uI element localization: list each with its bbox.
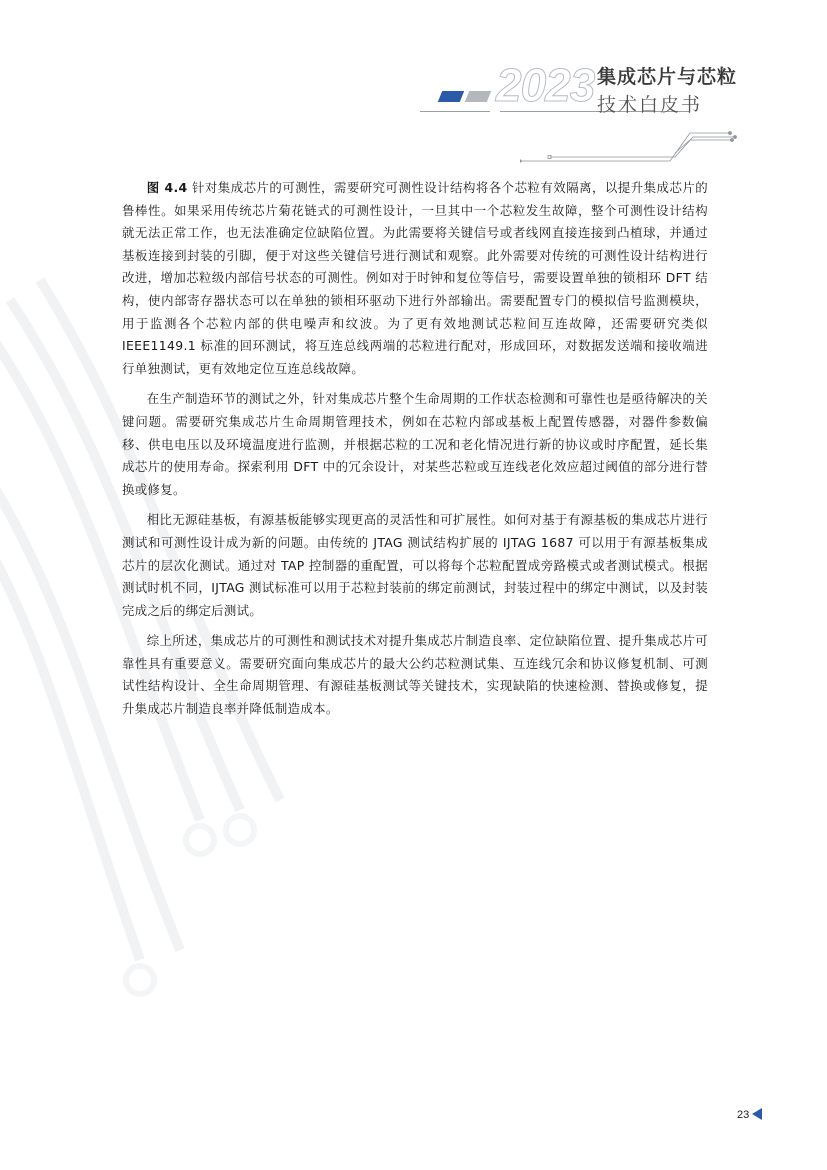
page-number: 23 (737, 1109, 749, 1121)
paragraph-1: 图 4.4 针对集成芯片的可测性，需要研究可测性设计结构将各个芯粒有效隔离，以提… (122, 177, 708, 380)
paragraph-text: 在生产制造环节的测试之外，针对集成芯片整个生命周期的工作状态检测和可靠性也是亟待… (122, 391, 708, 496)
circuit-lines-icon (520, 128, 740, 168)
paragraph-text: 针对集成芯片的可测性，需要研究可测性设计结构将各个芯粒有效隔离，以提升集成芯片的… (122, 180, 708, 376)
paragraph-4: 综上所述，集成芯片的可测性和测试技术对提升集成芯片制造良率、定位缺陷位置、提升集… (122, 630, 708, 720)
triangle-left-icon (752, 1108, 762, 1120)
paragraph-3: 相比无源硅基板，有源基板能够实现更高的灵活性和可扩展性。如何对基于有源基板的集成… (122, 509, 708, 622)
accent-bar-gray (465, 91, 491, 102)
paragraph-text: 综上所述，集成芯片的可测性和测试技术对提升集成芯片制造良率、定位缺陷位置、提升集… (122, 633, 708, 716)
accent-bar-blue (438, 91, 464, 102)
header-title: 集成芯片与芯粒 (597, 62, 737, 89)
page-header: 2023 集成芯片与芯粒 技术白皮书 (0, 40, 827, 140)
header-year: 2023 (496, 58, 594, 112)
body-text: 图 4.4 针对集成芯片的可测性，需要研究可测性设计结构将各个芯粒有效隔离，以提… (122, 177, 708, 729)
paragraph-2: 在生产制造环节的测试之外，针对集成芯片整个生命周期的工作状态检测和可靠性也是亟待… (122, 388, 708, 501)
header-rule-left (420, 111, 490, 112)
figure-reference: 图 4.4 (147, 180, 188, 195)
paragraph-text: 相比无源硅基板，有源基板能够实现更高的灵活性和可扩展性。如何对基于有源基板的集成… (122, 512, 708, 617)
header-subtitle: 技术白皮书 (597, 90, 702, 117)
